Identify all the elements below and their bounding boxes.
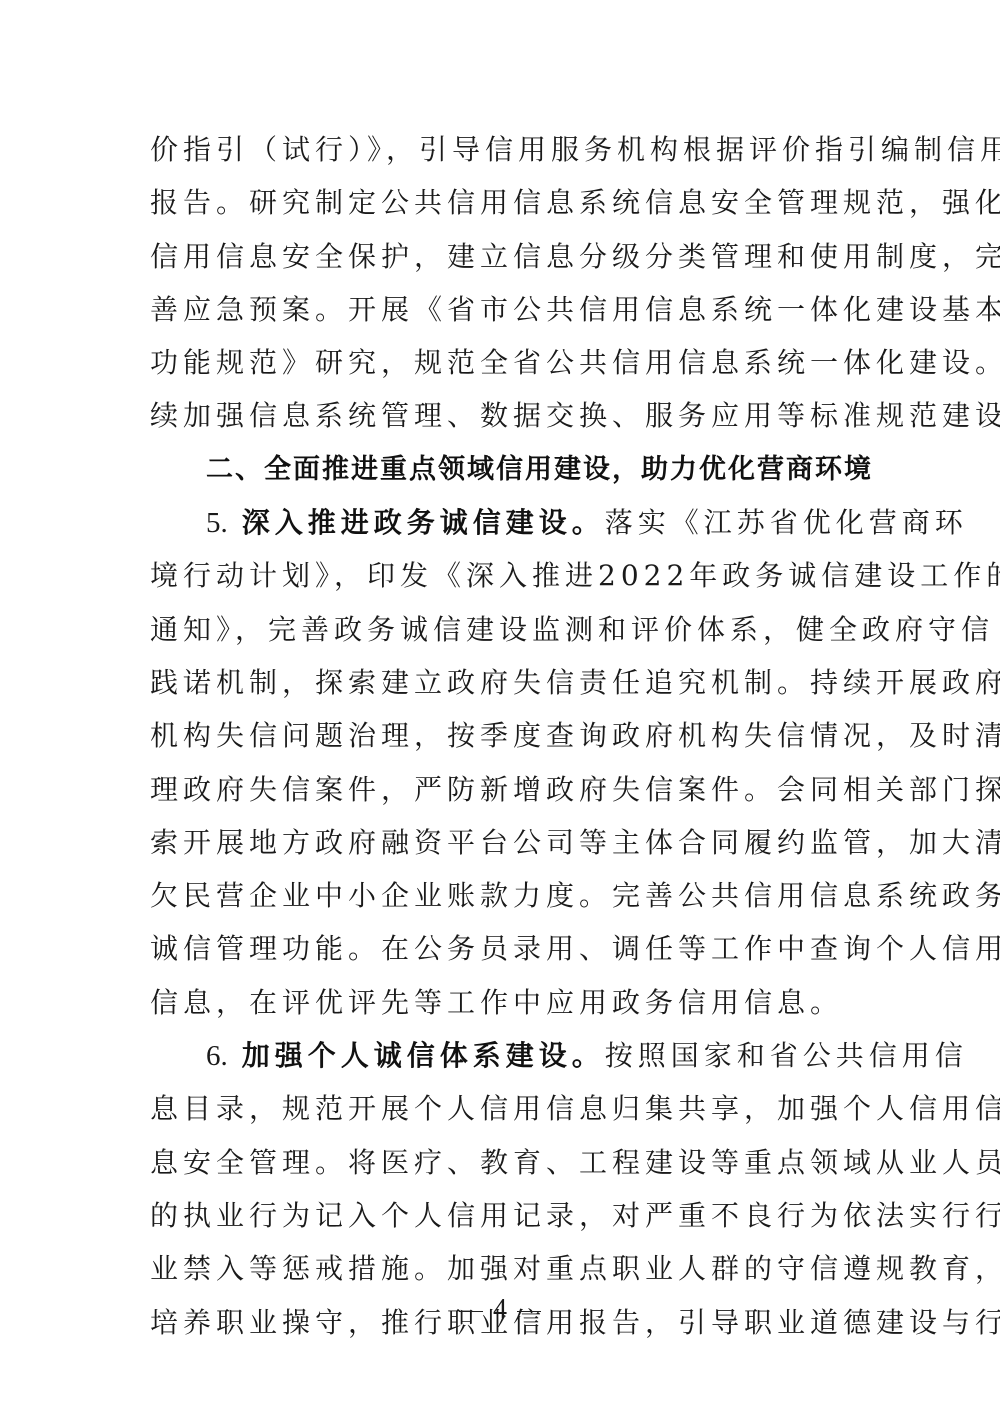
paragraph-line: 欠民营企业中小企业账款力度。完善公共信用信息系统政务	[150, 869, 850, 922]
item-5-text: 落实《江苏省优化营商环	[605, 506, 968, 539]
page-number: 4	[0, 1294, 1000, 1326]
paragraph-line: 信息，在评优评先等工作中应用政务信用信息。	[150, 976, 850, 1029]
item-6-number: 6.	[206, 1040, 228, 1072]
page-number-value: 4	[493, 1294, 507, 1325]
paragraph-line: 践诺机制，探索建立政府失信责任追究机制。持续开展政府	[150, 656, 850, 709]
item-5-number: 5.	[206, 507, 228, 539]
document-page: 价指引（试行）》，引导信用服务机构根据评价指引编制信用 报告。研究制定公共信用信…	[0, 0, 1000, 1414]
paragraph-line: 索开展地方政府融资平台公司等主体合同履约监管，加大清	[150, 816, 850, 869]
paragraph-line: 机构失信问题治理，按季度查询政府机构失信情况，及时清	[150, 709, 850, 762]
paragraph-line: 续加强信息系统管理、数据交换、服务应用等标准规范建设。	[150, 389, 850, 442]
item-6-first-line: 6.加强个人诚信体系建设。按照国家和省公共信用信	[150, 1029, 850, 1082]
paragraph-line: 善应急预案。开展《省市公共信用信息系统一体化建设基本	[150, 283, 850, 336]
paragraph-line: 息安全管理。将医疗、教育、工程建设等重点领域从业人员	[150, 1136, 850, 1189]
item-6-text: 按照国家和省公共信用信	[605, 1039, 968, 1072]
paragraph-line: 功能规范》研究，规范全省公共信用信息系统一体化建设。继	[150, 336, 850, 389]
item-6-title: 加强个人诚信体系建设。	[242, 1039, 605, 1072]
paragraph-line: 理政府失信案件，严防新增政府失信案件。会同相关部门探	[150, 763, 850, 816]
paragraph-line: 报告。研究制定公共信用信息系统信息安全管理规范，强化	[150, 176, 850, 229]
paragraph-line: 业禁入等惩戒措施。加强对重点职业人群的守信遵规教育，	[150, 1242, 850, 1295]
document-body: 价指引（试行）》，引导信用服务机构根据评价指引编制信用 报告。研究制定公共信用信…	[150, 123, 850, 1349]
item-5-first-line: 5.深入推进政务诚信建设。落实《江苏省优化营商环	[150, 496, 850, 549]
paragraph-line: 息目录，规范开展个人信用信息归集共享，加强个人信用信	[150, 1082, 850, 1135]
paragraph-line: 信用信息安全保护，建立信息分级分类管理和使用制度，完	[150, 230, 850, 283]
paragraph-line: 的执业行为记入个人信用记录，对严重不良行为依法实行行	[150, 1189, 850, 1242]
dash-right	[517, 1311, 541, 1313]
paragraph-line: 诚信管理功能。在公务员录用、调任等工作中查询个人信用	[150, 922, 850, 975]
paragraph-line: 价指引（试行）》，引导信用服务机构根据评价指引编制信用	[150, 123, 850, 176]
section-heading: 二、全面推进重点领域信用建设，助力优化营商环境	[150, 443, 850, 496]
item-5-title: 深入推进政务诚信建设。	[242, 506, 605, 539]
paragraph-line: 通知》，完善政务诚信建设监测和评价体系，健全政府守信	[150, 603, 850, 656]
paragraph-line: 境行动计划》，印发《深入推进2022年政务诚信建设工作的	[150, 549, 850, 602]
dash-left	[459, 1311, 483, 1313]
